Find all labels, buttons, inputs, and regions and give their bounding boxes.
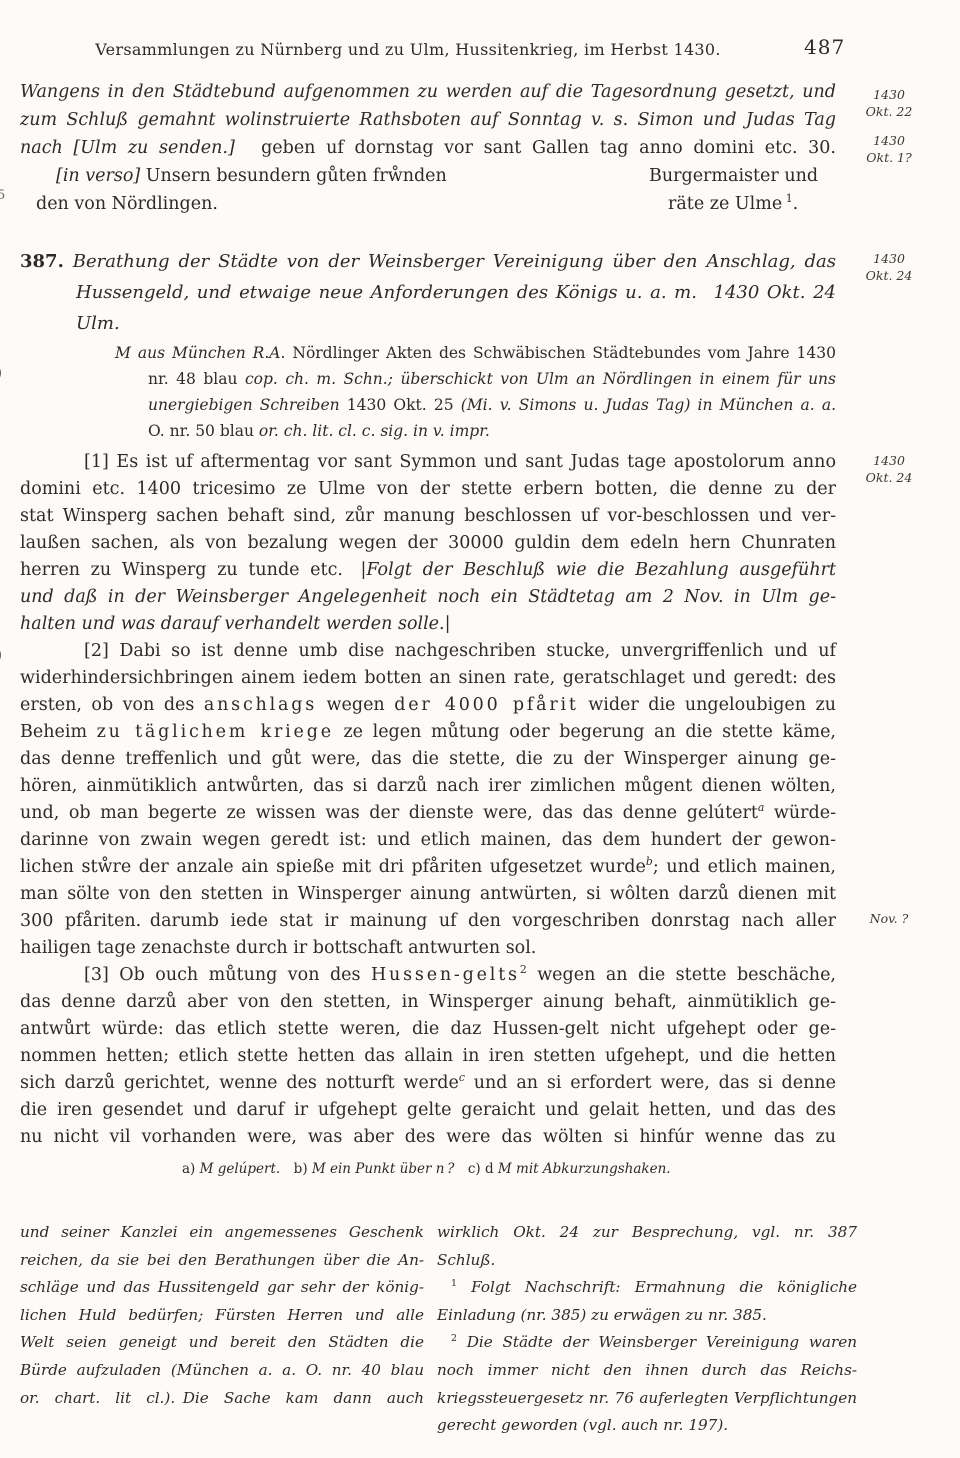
edge-cut-mark: . (0, 500, 1, 515)
text-line: stat Winsperg sachen behaft sind, zůr ma… (20, 503, 836, 530)
text-line: die iren gesendet und daruf ir ufgehept … (20, 1097, 836, 1124)
text-segment: O. nr. 50 blau (148, 422, 259, 440)
text-line: M aus München R.A. Nördlinger Akten des … (20, 340, 836, 366)
variant-apparatus-line: a) M gelúpert. b) M ein Punkt über n ? c… (20, 1160, 836, 1178)
text-line: Hussengeld, und etwaige neue Anforderung… (20, 277, 836, 308)
text-segment: wirklich Okt. 24 zur Besprechung, vgl. n… (437, 1223, 857, 1241)
edge-cut-mark: 5 (0, 188, 5, 203)
margin-date-line: 1430 (841, 132, 937, 149)
text-segment: 387. (20, 251, 64, 272)
text-line: Einladung (nr. 385) zu erwägen zu nr. 38… (437, 1302, 857, 1330)
text-segment: räte ze Ulme (668, 194, 786, 214)
text-line: herren zu Winsperg zu tunde etc. |Folgt … (20, 557, 836, 584)
text-line: man sölte von den stetten in Winsperger … (20, 881, 836, 908)
text-line: [3] Ob ouch můtung von des Hussen-gelts2… (20, 962, 836, 989)
source-note: M aus München R.A. Nördlinger Akten des … (20, 340, 836, 444)
text-segment: antwůrt würde: das etlich stette weren, … (20, 1019, 836, 1039)
text-segment: [3] Ob ouch můtung von des (84, 965, 371, 985)
text-line: zum Schluß gemahnt wolinstruierte Rathsb… (20, 106, 836, 134)
entry-387-heading: 387. Berathung der Städte von der Weinsb… (20, 246, 836, 339)
text-line: den von Nördlingen.räte ze Ulme 1. (20, 190, 836, 218)
text-segment: Beheim (20, 722, 97, 742)
margin-date-note: 1430 Okt. 24 (841, 452, 937, 486)
text-line: domini etc. 1400 tricesimo ze Ulme von d… (20, 476, 836, 503)
text-segment: nommen hetten; etlich stette hetten das … (20, 1046, 836, 1066)
text-segment: |Folgt der Beschluß wie die Bezahlung au… (360, 560, 836, 580)
margin-date-line: 1430 (841, 86, 937, 103)
text-line: antwůrt würde: das etlich stette weren, … (20, 1016, 836, 1043)
text-line: [2] Dabi so ist denne umb dise nachgesch… (20, 638, 836, 665)
text-segment: Einladung (nr. 385) zu erwägen zu nr. 38… (437, 1306, 767, 1324)
text-segment: kriegssteuergesetz nr. 76 auferlegten Ve… (437, 1389, 857, 1407)
text-segment: b (646, 855, 653, 868)
text-segment: noch immer nicht den ihnen durch das Rei… (437, 1361, 857, 1379)
text-line: laußen sachen, als von bezalung wegen de… (20, 530, 836, 557)
text-line: or. chart. lit cl.). Die Sache kam dann … (20, 1385, 424, 1413)
text-line: nach [Ulm zu senden.] geben uf dornstag … (20, 134, 836, 162)
text-segment: Welt seien geneigt und bereit den Städte… (20, 1333, 424, 1351)
margin-date-note: 1430 Okt. 24 (841, 250, 937, 284)
text-line: [in verso] Unsern besundern gůten frẘnde… (20, 162, 836, 190)
text-segment: zu täglichem kriege (97, 722, 334, 742)
text-segment: M ein Punkt über n ? (312, 1161, 454, 1177)
text-line: a) M gelúpert. b) M ein Punkt über n ? c… (20, 1160, 836, 1178)
text-line: nr. 48 blau cop. ch. m. Schn.; überschic… (20, 366, 836, 392)
text-line: 387. Berathung der Städte von der Weinsb… (20, 246, 836, 277)
text-line: darinne von zwain wegen geredt ist: und … (20, 827, 836, 854)
text-line: das denne darzů aber von den stetten, in… (20, 989, 836, 1016)
paragraph-1: [1] Es ist uf aftermentag vor sant Symmo… (20, 449, 836, 638)
page-header: Versammlungen zu Nürnberg und zu Ulm, Hu… (20, 40, 836, 60)
text-line: reichen, da sie bei den Berathungen über… (20, 1247, 424, 1275)
text-segment: ersten, ob von des (20, 695, 204, 715)
text-segment: würde- (764, 803, 836, 823)
text-segment: Folgt Nachschrift: Ermahnung die königli… (457, 1278, 857, 1296)
text-line: und, ob man begerte ze wissen was der di… (20, 800, 836, 827)
text-segment: geben uf dornstag vor sant Gallen tag an… (235, 138, 836, 158)
edge-cut-mark: ) (0, 648, 2, 663)
text-segment: und an si erfordert were, das si denne (465, 1073, 836, 1093)
margin-date-note: 1430 Okt. 22 (841, 86, 937, 120)
text-segment: Burgermaister und (649, 166, 818, 186)
text-segment: widerhindersichbringen ainem iedem botte… (20, 668, 836, 688)
text-segment: Ulm. (76, 313, 120, 334)
text-segment: lichen stẘre der anzale ain spieße mit d… (20, 857, 646, 877)
text-segment: anschlags (204, 695, 317, 715)
text-segment: halten und was darauf verhandelt werden … (20, 614, 451, 634)
margin-date-line: 1430 (841, 452, 937, 469)
text-segment: nu nicht vil vorhanden were, was aber de… (20, 1127, 836, 1147)
text-segment: unergiebigen Schreiben (148, 396, 347, 414)
text-segment: cop. ch. m. Schn.; überschickt von Ulm a… (245, 370, 836, 388)
paragraph-3: [3] Ob ouch můtung von des Hussen-gelts2… (20, 962, 836, 1151)
text-segment: 300 pfåriten. darumb iede stat ir mainun… (20, 911, 836, 931)
text-segment: reichen, da sie bei den Berathungen über… (20, 1251, 424, 1269)
line-right-part: räte ze Ulme 1. (668, 190, 798, 218)
text-line: Wangens in den Städtebund aufgenommen zu… (20, 78, 836, 106)
text-segment: M aus München R.A. (115, 344, 285, 362)
text-segment: 2 (520, 963, 527, 976)
scanned-book-page: Versammlungen zu Nürnberg und zu Ulm, Hu… (0, 0, 960, 1458)
paragraph-2: [2] Dabi so ist denne umb dise nachgesch… (20, 638, 836, 962)
text-line: Bürde aufzuladen (München a. a. O. nr. 4… (20, 1357, 424, 1385)
text-segment: Nördlinger Akten des Schwäbischen Städte… (285, 344, 836, 362)
text-segment: M gelúpert. (200, 1161, 281, 1177)
margin-date-line: Okt. 24 (841, 469, 937, 486)
line-right-part: Burgermaister und (649, 162, 818, 190)
page-number: 487 (804, 37, 845, 57)
text-line: lichen stẘre der anzale ain spieße mit d… (20, 854, 836, 881)
text-line: 2 Die Städte der Weinsberger Vereinigung… (437, 1329, 857, 1357)
text-line: und seiner Kanzlei ein angemessenes Gesc… (20, 1219, 424, 1247)
text-segment: or. chart. lit cl.). Die Sache kam dann … (20, 1389, 424, 1407)
text-segment: gerecht geworden (vgl. auch nr. 197). (437, 1416, 728, 1434)
text-segment: man sölte von den stetten in Winsperger … (20, 884, 836, 904)
text-line: 300 pfåriten. darumb iede stat ir mainun… (20, 908, 836, 935)
text-line: hailigen tage zenachste durch ir bottsch… (20, 935, 836, 962)
text-segment: das denne treffenlich und gůt were, das … (20, 749, 836, 769)
text-segment: sich darzů gerichtet, wenne des notturft… (20, 1073, 459, 1093)
text-segment: ze legen můtung oder begerung an die ste… (334, 722, 836, 742)
text-segment: b) (280, 1161, 312, 1177)
text-segment: und seiner Kanzlei ein angemessenes Gesc… (20, 1223, 424, 1241)
text-segment: wegen (317, 695, 394, 715)
text-segment: . (793, 194, 799, 214)
text-segment: den von Nördlingen. (36, 194, 218, 214)
text-line: lichen Huld bedürfen; Fürsten Herren und… (20, 1302, 424, 1330)
text-segment: stat Winsperg sachen behaft sind, zůr ma… (20, 506, 836, 526)
text-line: ersten, ob von des anschlags wegen der 4… (20, 692, 836, 719)
text-segment: Wangens in den Städtebund aufgenommen zu… (20, 82, 836, 102)
text-segment: lichen Huld bedürfen; Fürsten Herren und… (20, 1306, 424, 1324)
line-left-part: [in verso] Unsern besundern gůten frẘnde… (56, 166, 447, 186)
text-line: das denne treffenlich und gůt were, das … (20, 746, 836, 773)
text-segment: (Mi. v. Simons u. Judas Tag) in München … (461, 396, 836, 414)
text-line: nommen hetten; etlich stette hetten das … (20, 1043, 836, 1070)
text-segment: ; und etlich mainen, (653, 857, 836, 877)
text-segment: das denne darzů aber von den stetten, in… (20, 992, 836, 1012)
text-segment: [in verso] (56, 166, 140, 186)
text-segment: c) d (454, 1161, 498, 1177)
text-segment: Hussen-gelts (371, 965, 520, 985)
text-line: und daß in der Weinsberger Angelegenheit… (20, 584, 836, 611)
text-segment: und daß in der Weinsberger Angelegenheit… (20, 587, 836, 607)
text-segment: Berathung der Städte von der Weinsberger… (64, 251, 836, 272)
text-segment: und, ob man begerte ze wissen was der di… (20, 803, 758, 823)
text-line: halten und was darauf verhandelt werden … (20, 611, 836, 638)
text-segment: or. ch. lit. cl. c. sig. in v. impr. (259, 422, 490, 440)
text-line: nu nicht vil vorhanden were, was aber de… (20, 1124, 836, 1151)
text-segment: darinne von zwain wegen geredt ist: und … (20, 830, 836, 850)
text-segment: Schluß. (437, 1251, 495, 1269)
text-segment: Unsern besundern gůten frẘnden (140, 166, 447, 186)
text-line: kriegssteuergesetz nr. 76 auferlegten Ve… (437, 1385, 857, 1413)
margin-date-line: Nov. ? (841, 910, 937, 927)
margin-date-note: Nov. ? (841, 910, 937, 927)
text-segment: [1] Es ist uf aftermentag vor sant Symmo… (84, 452, 836, 472)
margin-date-note: 1430 Okt. 1? (841, 132, 937, 166)
text-line: noch immer nicht den ihnen durch das Rei… (437, 1357, 857, 1385)
text-segment: 1430 Okt. 25 (347, 396, 461, 414)
text-line: Schluß. (437, 1247, 857, 1275)
footnote-column-right: wirklich Okt. 24 zur Besprechung, vgl. n… (437, 1219, 857, 1440)
edge-cut-mark: ) (0, 366, 2, 381)
line-left-part: den von Nördlingen. (36, 194, 218, 214)
text-segment: [2] Dabi so ist denne umb dise nachgesch… (84, 641, 836, 661)
text-segment: hören, ainmütiklich antwůrten, das si da… (20, 776, 836, 796)
text-segment: M mit Abkurzungshaken. (498, 1161, 671, 1177)
margin-date-line: Okt. 22 (841, 103, 937, 120)
text-line: unergiebigen Schreiben 1430 Okt. 25 (Mi.… (20, 392, 836, 418)
margin-date-line: 1430 (841, 250, 937, 267)
text-segment: herren zu Winsperg zu tunde etc. (20, 560, 360, 580)
margin-date-line: Okt. 24 (841, 267, 937, 284)
opening-continuation-paragraph: Wangens in den Städtebund aufgenommen zu… (20, 78, 836, 162)
text-line: O. nr. 50 blau or. ch. lit. cl. c. sig. … (20, 418, 836, 444)
text-line: gerecht geworden (vgl. auch nr. 197). (437, 1412, 857, 1440)
text-segment: schläge und das Hussitengeld gar sehr de… (20, 1278, 424, 1296)
text-segment: nach [Ulm zu senden.] (20, 138, 235, 158)
text-segment: der 4000 pfårit (394, 695, 579, 715)
text-line: Beheim zu täglichem kriege ze legen můtu… (20, 719, 836, 746)
text-segment: a) (182, 1161, 200, 1177)
address-in-verso-paragraph: [in verso] Unsern besundern gůten frẘnde… (20, 162, 836, 218)
text-line: widerhindersichbringen ainem iedem botte… (20, 665, 836, 692)
margin-date-line: Okt. 1? (841, 149, 937, 166)
text-line: Ulm. (20, 308, 836, 339)
text-line: 1 Folgt Nachschrift: Ermahnung die könig… (437, 1274, 857, 1302)
text-segment: Die Städte der Weinsberger Vereinigung w… (457, 1333, 857, 1351)
text-line: wirklich Okt. 24 zur Besprechung, vgl. n… (437, 1219, 857, 1247)
running-title: Versammlungen zu Nürnberg und zu Ulm, Hu… (20, 40, 836, 60)
text-segment: zum Schluß gemahnt wolinstruierte Rathsb… (20, 110, 836, 130)
text-segment: nr. 48 blau (148, 370, 245, 388)
text-segment: wegen an die stette beschäche, (527, 965, 836, 985)
text-line: hören, ainmütiklich antwůrten, das si da… (20, 773, 836, 800)
text-segment: hailigen tage zenachste durch ir bottsch… (20, 938, 536, 958)
text-line: Welt seien geneigt und bereit den Städte… (20, 1329, 424, 1357)
text-segment: wider die ungeloubigen zu (579, 695, 836, 715)
text-segment: 1 (786, 192, 793, 205)
text-line: sich darzů gerichtet, wenne des notturft… (20, 1070, 836, 1097)
text-segment: laußen sachen, als von bezalung wegen de… (20, 533, 836, 553)
text-segment: Bürde aufzuladen (München a. a. O. nr. 4… (20, 1361, 424, 1379)
text-segment: domini etc. 1400 tricesimo ze Ulme von d… (20, 479, 836, 499)
text-segment: Hussengeld, und etwaige neue Anforderung… (76, 282, 836, 303)
text-line: [1] Es ist uf aftermentag vor sant Symmo… (20, 449, 836, 476)
text-segment: die iren gesendet und daruf ir ufgehept … (20, 1100, 836, 1120)
text-line: schläge und das Hussitengeld gar sehr de… (20, 1274, 424, 1302)
footnote-column-left: und seiner Kanzlei ein angemessenes Gesc… (20, 1219, 424, 1412)
